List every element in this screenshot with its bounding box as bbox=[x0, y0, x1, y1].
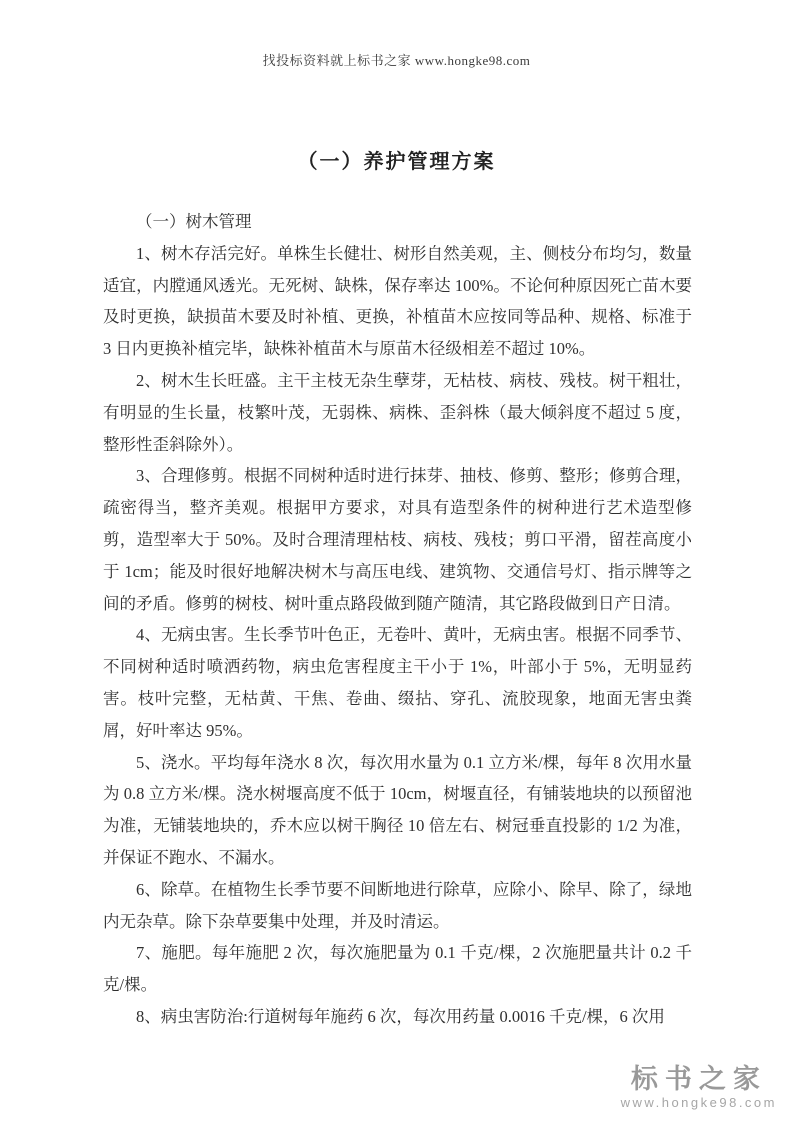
paragraph-list: 1、树木存活完好。单株生长健壮、树形自然美观，主、侧枝分布均匀，数量适宜，内膛通… bbox=[103, 238, 692, 1033]
document-body: （一）树木管理 1、树木存活完好。单株生长健壮、树形自然美观，主、侧枝分布均匀，… bbox=[103, 206, 692, 1033]
paragraph: 3、合理修剪。根据不同树种适时进行抹芽、抽枝、修剪、整形；修剪合理，疏密得当，整… bbox=[103, 460, 692, 619]
paragraph: 4、无病虫害。生长季节叶色正，无卷叶、黄叶，无病虫害。根据不同季节、不同树种适时… bbox=[103, 619, 692, 746]
page-header-text: 找投标资料就上标书之家 www.hongke98.com bbox=[0, 0, 793, 69]
paragraph: 1、树木存活完好。单株生长健壮、树形自然美观，主、侧枝分布均匀，数量适宜，内膛通… bbox=[103, 238, 692, 365]
paragraph: 2、树木生长旺盛。主干主枝无杂生孽芽，无枯枝、病枝、残枝。树干粗壮，有明显的生长… bbox=[103, 365, 692, 460]
paragraph: 7、施肥。每年施肥 2 次，每次施肥量为 0.1 千克/棵，2 次施肥量共计 0… bbox=[103, 937, 692, 1001]
watermark: 标书之家 www.hongke98.com bbox=[621, 1065, 777, 1110]
document-page: 找投标资料就上标书之家 www.hongke98.com （一）养护管理方案 （… bbox=[0, 0, 793, 1122]
watermark-brand: 标书之家 bbox=[621, 1065, 777, 1093]
watermark-url: www.hongke98.com bbox=[621, 1095, 777, 1110]
document-title: （一）养护管理方案 bbox=[0, 145, 793, 174]
paragraph: 8、病虫害防治:行道树每年施药 6 次，每次用药量 0.0016 千克/棵，6 … bbox=[103, 1001, 692, 1033]
paragraph: 6、除草。在植物生长季节要不间断地进行除草，应除小、除早、除了，绿地内无杂草。除… bbox=[103, 874, 692, 938]
paragraph: 5、浇水。平均每年浇水 8 次，每次用水量为 0.1 立方米/棵，每年 8 次用… bbox=[103, 747, 692, 874]
section-heading: （一）树木管理 bbox=[103, 206, 692, 238]
